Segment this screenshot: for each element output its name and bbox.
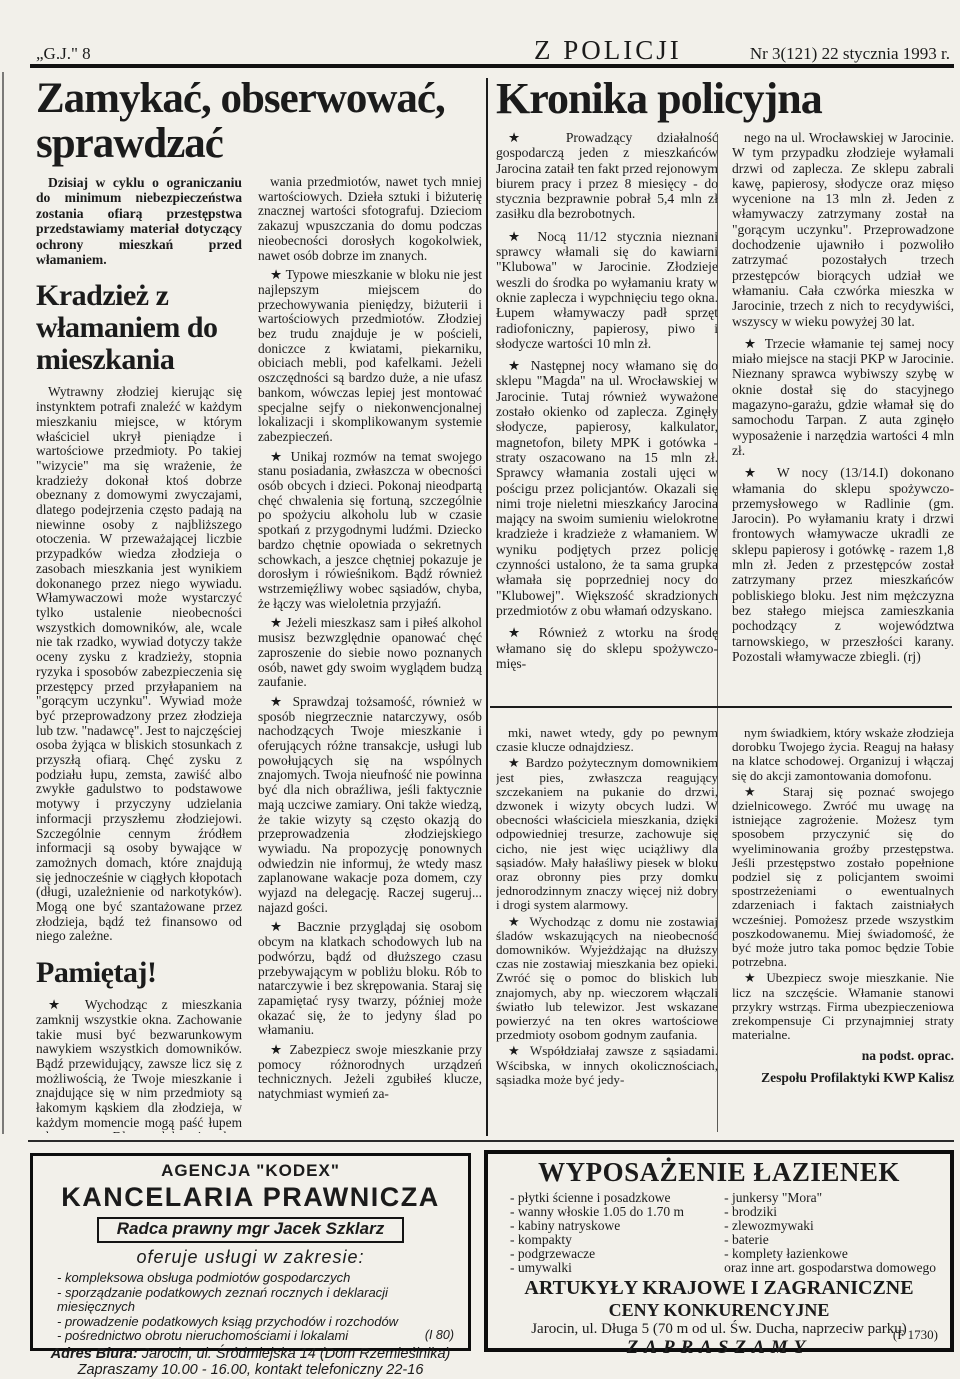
ad-address-value: Jarocin, ul. Śródmiejska 14 (Dom Rzemieś…: [138, 1346, 451, 1362]
feature-column-2: wania przedmiotów, nawet tych mniej wart…: [258, 175, 482, 1133]
feature-paragraph: ★ Sprawdzaj tożsamość, również w sposób …: [258, 695, 482, 916]
ad-prices-line: CENY KONKURENCYJNE: [488, 1300, 950, 1321]
feature-continuation-paragraph: ★ Ubezpiecz swoje mieszkanie. Nie licz n…: [732, 971, 954, 1042]
ad-product-item: - kompakty: [510, 1233, 684, 1247]
masthead: „G.J." 8 Z POLICJI Nr 3(121) 22 stycznia…: [36, 36, 950, 64]
kronika-item: ★ Trzecie włamanie tej samej nocy miało …: [732, 336, 954, 458]
ad-lazienki-title: WYPOSAŻENIE ŁAZIENEK: [488, 1157, 950, 1188]
kronika-columns-bottom: mki, nawet wtedy, gdy po pewnym czasie k…: [496, 726, 954, 1132]
feature-col2-body: wania przedmiotów, nawet tych mniej wart…: [258, 175, 482, 1102]
feature-continuation-paragraph: nym świadkiem, który wskaże złodzieja do…: [732, 726, 954, 783]
feature-continuation-paragraph: ★ Staraj się poznać swojego dzielnicoweg…: [732, 785, 954, 970]
feature-subhead-2: Pamiętaj!: [36, 957, 242, 989]
feature-col1-body-2: ★ Wychodząc z mieszkania zamknij wszystk…: [36, 998, 242, 1133]
section-divider-rule: [486, 78, 488, 1136]
feature-paragraph: ★ Zabezpiecz swoje mieszkanie przy pomoc…: [258, 1043, 482, 1102]
ad-product-item: - brodziki: [724, 1205, 936, 1219]
feature-paragraph: Wytrawny złodziej kierując się instynkte…: [36, 385, 242, 944]
kronika-end-rule: [490, 706, 952, 708]
feature-article: Zamykać, obserwować, sprawdzać Dzisiaj w…: [36, 76, 482, 1133]
feature-continuation-paragraph: mki, nawet wtedy, gdy po pewnym czasie k…: [496, 726, 718, 754]
ad-lawyer-name-box: Radca prawny mgr Jacek Szklarz: [97, 1217, 404, 1243]
ad-service-item: - sporządzanie podatkowych zeznań roczny…: [57, 1286, 468, 1315]
ad-product-item: - podgrzewacze: [510, 1247, 684, 1261]
ad-agency-name: AGENCJA "KODEX": [33, 1161, 468, 1181]
feature-paragraph: ★ Bacznie przyglądaj się osobom obcym na…: [258, 920, 482, 1038]
feature-paragraph: ★ Wychodząc z mieszkania zamknij wszystk…: [36, 998, 242, 1133]
feature-continuation-paragraph: ★ Bardzo pożytecznym domownikiem jest pi…: [496, 756, 718, 912]
kronika-article: Kronika policyjna ★ Prowadzący działalno…: [496, 76, 954, 1132]
ad-reference-code: (F 1730): [893, 1327, 938, 1343]
feature-intro: Dzisiaj w cyklu o ograniczaniu do minimu…: [36, 175, 242, 267]
kronika-item: ★ Następnej nocy włamano się do sklepu "…: [496, 358, 718, 618]
ad-product-item: - kabiny natryskowe: [510, 1219, 684, 1233]
page-edge-line: [2, 72, 4, 1134]
ad-product-item: oraz inne art. gospodarstwa domowego: [724, 1261, 936, 1275]
ad-offer-line: oferuje usługi w zakresie:: [33, 1247, 468, 1268]
ad-product-item: - baterie: [724, 1233, 936, 1247]
ad-product-item: - płytki ścienne i posadzkowe: [510, 1191, 684, 1205]
kronika-item: ★ W nocy (13/14.I) dokonano włamania do …: [732, 465, 954, 664]
ad-kancelaria-title: KANCELARIA PRAWNICZA: [33, 1182, 468, 1213]
feature-paragraph: ★ Unikaj rozmów na temat swojego stanu p…: [258, 450, 482, 612]
ad-product-item: - wanny włoskie 1.05 do 1.70 m: [510, 1205, 684, 1219]
ad-lazienki-address: Jarocin, ul. Długa 5 (70 m od ul. Św. Du…: [488, 1321, 950, 1338]
ad-products-left: - płytki ścienne i posadzkowe- wanny wło…: [510, 1191, 684, 1275]
ad-product-item: - junkersy "Mora": [724, 1191, 936, 1205]
feature-subhead: Kradzież z włamaniem do mieszkania: [36, 280, 242, 376]
ad-service-item: - kompleksowa obsługa podmiotów gospodar…: [57, 1271, 468, 1286]
ad-articles-line: ARTUKYŁY KRAJOWE I ZAGRANICZNE: [488, 1277, 950, 1300]
kronika-column-1: ★ Prowadzący działalność gospodarczą jed…: [496, 130, 718, 700]
ad-service-item: - prowadzenie podatkowych ksiąg przychod…: [57, 1315, 468, 1330]
masthead-rule: [30, 64, 954, 68]
ads-separator-rule: [28, 1140, 954, 1142]
feature-continuation-paragraph: ★ Współdziałaj zawsze z sąsiadami. Wścib…: [496, 1044, 718, 1087]
feature-headline: Zamykać, obserwować, sprawdzać: [36, 76, 482, 166]
kronika-item: ★ Prowadzący działalność gospodarczą jed…: [496, 130, 718, 222]
ad-invitation-line: ZAPRASZAMY: [488, 1337, 950, 1359]
ad-reference-code: (I 80): [425, 1328, 454, 1342]
ad-products-right: - junkersy "Mora"- brodziki- zlewozmywak…: [724, 1191, 936, 1275]
feature-col1-body: Wytrawny złodziej kierując się instynkte…: [36, 385, 242, 944]
masthead-edition: „G.J." 8: [36, 44, 91, 64]
ad-lazienki-lists: - płytki ścienne i posadzkowe- wanny wło…: [488, 1188, 950, 1275]
continuation-column-2-body: nym świadkiem, który wskaże złodzieja do…: [732, 726, 954, 1042]
kronika-item: nego na ul. Wrocławskiej w Jarocinie. W …: [732, 130, 954, 329]
ad-services-list: - kompleksowa obsługa podmiotów gospodar…: [57, 1271, 468, 1344]
kronika-column-2: nego na ul. Wrocławskiej w Jarocinie. W …: [732, 130, 954, 700]
ad-address-line: Adres Biura: Jarocin, ul. Śródmiejska 14…: [33, 1346, 468, 1362]
feature-paragraph: wania przedmiotów, nawet tych mniej wart…: [258, 175, 482, 263]
ad-kancelaria-prawnicza: AGENCJA "KODEX" KANCELARIA PRAWNICZA Rad…: [30, 1153, 471, 1351]
feature-paragraph: ★ Jeżeli mieszkasz sam i piłeś alkohol m…: [258, 616, 482, 690]
ad-product-item: - komplety łazienkowe: [724, 1247, 936, 1261]
kronika-item: ★ Nocą 11/12 stycznia nieznani sprawcy w…: [496, 229, 718, 351]
byline-line-1: na podst. oprac.: [732, 1048, 954, 1064]
feature-continuation-paragraph: ★ Wychodząc z domu nie zostawiaj śladów …: [496, 915, 718, 1043]
ad-address-label: Adres Biura:: [51, 1346, 138, 1362]
kronika-headline: Kronika policyjna: [496, 76, 954, 122]
kronika-item: ★ Również z wtorku na środę włamano się …: [496, 625, 718, 671]
kronika-columns-top: ★ Prowadzący działalność gospodarczą jed…: [496, 130, 954, 700]
ad-hours-line: Zapraszamy 10.00 - 16.00, kontakt telefo…: [33, 1362, 468, 1378]
byline-line-2: Zespołu Profilaktyki KWP Kalisz: [732, 1070, 954, 1086]
continuation-column-1: mki, nawet wtedy, gdy po pewnym czasie k…: [496, 726, 718, 1132]
feature-columns: Dzisiaj w cyklu o ograniczaniu do minimu…: [36, 175, 482, 1133]
newspaper-page: „G.J." 8 Z POLICJI Nr 3(121) 22 stycznia…: [0, 0, 960, 1379]
feature-paragraph: ★ Typowe mieszkanie w bloku nie jest naj…: [258, 268, 482, 444]
feature-column-1: Dzisiaj w cyklu o ograniczaniu do minimu…: [36, 175, 242, 1133]
ad-service-item: - pośrednictwo obrotu nieruchomościami i…: [57, 1329, 468, 1344]
continuation-column-2: nym świadkiem, który wskaże złodzieja do…: [732, 726, 954, 1132]
ad-wyposazenie-lazienek: WYPOSAŻENIE ŁAZIENEK - płytki ścienne i …: [484, 1150, 954, 1352]
masthead-issue-date: Nr 3(121) 22 stycznia 1993 r.: [750, 44, 950, 64]
ad-product-item: - zlewozmywaki: [724, 1219, 936, 1233]
ad-product-item: - umywalki: [510, 1261, 684, 1275]
masthead-section-title: Z POLICJI: [534, 35, 682, 66]
